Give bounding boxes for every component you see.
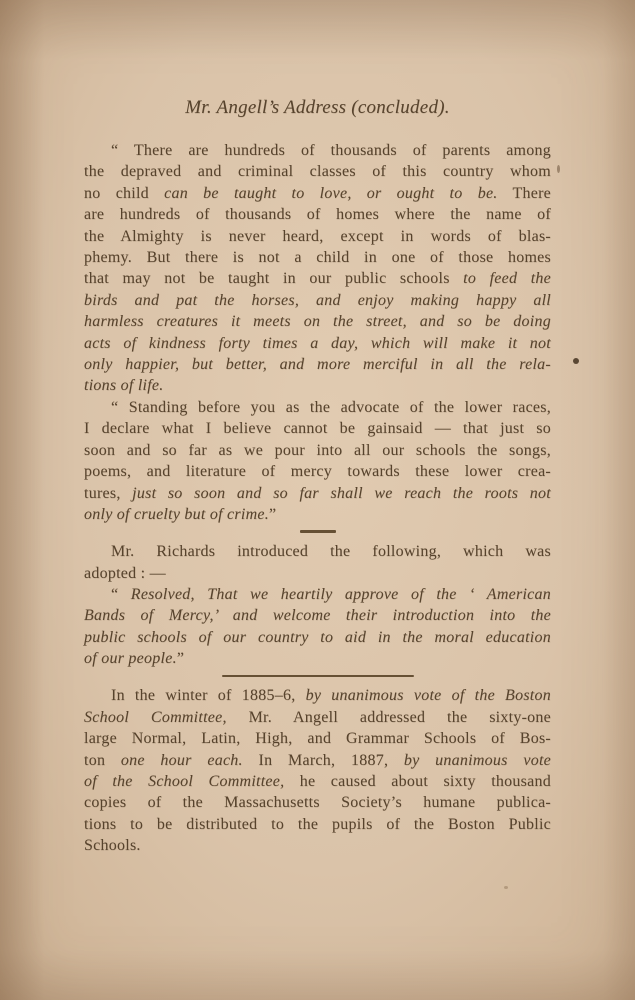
text-line: tions of life. — [84, 375, 551, 396]
text-line: Bands of Mercy,’ and welcome their intro… — [84, 605, 551, 626]
text-line: large Normal, Latin, High, and Grammar S… — [84, 728, 551, 749]
text-line: “ Resolved, That we heartily approve of … — [84, 584, 551, 605]
text-segment: public schools of our country to aid in … — [84, 629, 551, 646]
text-segment: In March, 1887, — [243, 752, 404, 769]
text-segment: poems, and literature of mercy towards t… — [84, 463, 551, 480]
text-segment: birds and pat the horses, and enjoy maki… — [84, 292, 551, 309]
paper-speck — [557, 165, 560, 173]
text-segment: large Normal, Latin, High, and Grammar S… — [84, 730, 551, 747]
text-segment: “ — [111, 586, 131, 603]
text-line: tures, just so soon and so far shall we … — [84, 483, 551, 504]
text-line: “ There are hundreds of thousands of par… — [84, 140, 551, 161]
text-segment: phemy. But there is not a child in one o… — [84, 249, 551, 266]
text-segment: There — [498, 185, 551, 202]
text-line: the Almighty is never heard, except in w… — [84, 226, 551, 247]
text-segment: harmless creatures it meets on the stree… — [84, 313, 551, 330]
text-segment: tions of life. — [84, 377, 164, 394]
text-line: Mr. Richards introduced the following, w… — [84, 541, 551, 562]
text-segment: only of cruelty but of crime. — [84, 506, 269, 523]
text-segment: I declare what I believe cannot be gains… — [84, 420, 551, 437]
text-segment: to feed the — [463, 270, 551, 287]
text-line: birds and pat the horses, and enjoy maki… — [84, 290, 551, 311]
text-segment: Mr. Richards introduced the following, w… — [111, 543, 551, 560]
separator-rule — [300, 530, 336, 533]
paper-speck — [573, 358, 579, 364]
text-line: In the winter of 1885–6, by unanimous vo… — [84, 685, 551, 706]
text-line: acts of kindness forty times a day, whic… — [84, 333, 551, 354]
text-segment: ton — [84, 752, 121, 769]
text-segment: tions to be distributed to the pupils of… — [84, 816, 551, 833]
text-segment: “ Standing before you as the advocate of… — [111, 399, 551, 416]
text-segment: Bands of Mercy,’ and welcome their intro… — [84, 607, 551, 624]
text-line: “ Standing before you as the advocate of… — [84, 397, 551, 418]
separator-rule — [222, 675, 414, 678]
text-line: adopted : — — [84, 563, 551, 584]
text-segment: he caused about sixty thousand — [300, 773, 551, 790]
text-line: copies of the Massachusetts Society’s hu… — [84, 792, 551, 813]
text-line: the depraved and criminal classes of thi… — [84, 161, 551, 182]
text-line: that may not be taught in our public sch… — [84, 268, 551, 289]
paper-speck — [504, 886, 508, 889]
text-line: phemy. But there is not a child in one o… — [84, 247, 551, 268]
text-segment: of the School Committee, — [84, 773, 300, 790]
text-line: no child can be taught to love, or ought… — [84, 183, 551, 204]
text-line: only of cruelty but of crime.” — [84, 504, 551, 525]
text-segment: by unanimous vote — [404, 752, 551, 769]
text-line: I declare what I believe cannot be gains… — [84, 418, 551, 439]
text-segment: acts of kindness forty times a day, whic… — [84, 335, 551, 352]
text-segment: by unanimous vote of the Boston — [306, 687, 551, 704]
text-line: School Committee, Mr. Angell addressed t… — [84, 707, 551, 728]
text-segment: one hour each. — [121, 752, 243, 769]
text-segment: adopted : — — [84, 565, 166, 582]
text-segment: “ There are hundreds of thousands of par… — [111, 142, 551, 159]
text-segment: are hundreds of thousands of homes where… — [84, 206, 551, 223]
text-segment: can be taught to love, or ought to be. — [164, 185, 497, 202]
text-segment: soon and so far as we pour into all our … — [84, 442, 551, 459]
text-segment: School Committee, — [84, 709, 249, 726]
text-segment: only happier, but better, and more merci… — [84, 356, 551, 373]
text-line: Schools. — [84, 835, 551, 856]
text-line: are hundreds of thousands of homes where… — [84, 204, 551, 225]
text-line: soon and so far as we pour into all our … — [84, 440, 551, 461]
text-segment: of our people. — [84, 650, 177, 667]
text-segment: tures, — [84, 485, 132, 502]
text-line: only happier, but better, and more merci… — [84, 354, 551, 375]
text-line: poems, and literature of mercy towards t… — [84, 461, 551, 482]
text-segment: ” — [269, 506, 276, 523]
text-line: of the School Committee, he caused about… — [84, 771, 551, 792]
text-segment: no child — [84, 185, 164, 202]
text-segment: just so soon and so far shall we reach t… — [132, 485, 551, 502]
text-segment: copies of the Massachusetts Society’s hu… — [84, 794, 551, 811]
text-line: of our people.” — [84, 648, 551, 669]
text-segment: Resolved, That we heartily approve of th… — [131, 586, 551, 603]
text-line: tions to be distributed to the pupils of… — [84, 814, 551, 835]
text-block: Mr. Angell’s Address (concluded). “ Ther… — [84, 96, 551, 857]
text-line: harmless creatures it meets on the stree… — [84, 311, 551, 332]
text-segment: the Almighty is never heard, except in w… — [84, 228, 551, 245]
text-segment: Mr. Angell addressed the sixty-one — [249, 709, 551, 726]
text-segment: Schools. — [84, 837, 141, 854]
book-page: Mr. Angell’s Address (concluded). “ Ther… — [0, 0, 635, 1000]
text-segment: ” — [177, 650, 184, 667]
text-line: ton one hour each. In March, 1887, by un… — [84, 750, 551, 771]
text-segment: the depraved and criminal classes of thi… — [84, 163, 551, 180]
text-line: public schools of our country to aid in … — [84, 627, 551, 648]
text-segment: In the winter of 1885–6, — [111, 687, 306, 704]
page-heading: Mr. Angell’s Address (concluded). — [84, 96, 551, 120]
text-segment: that may not be taught in our public sch… — [84, 270, 463, 287]
